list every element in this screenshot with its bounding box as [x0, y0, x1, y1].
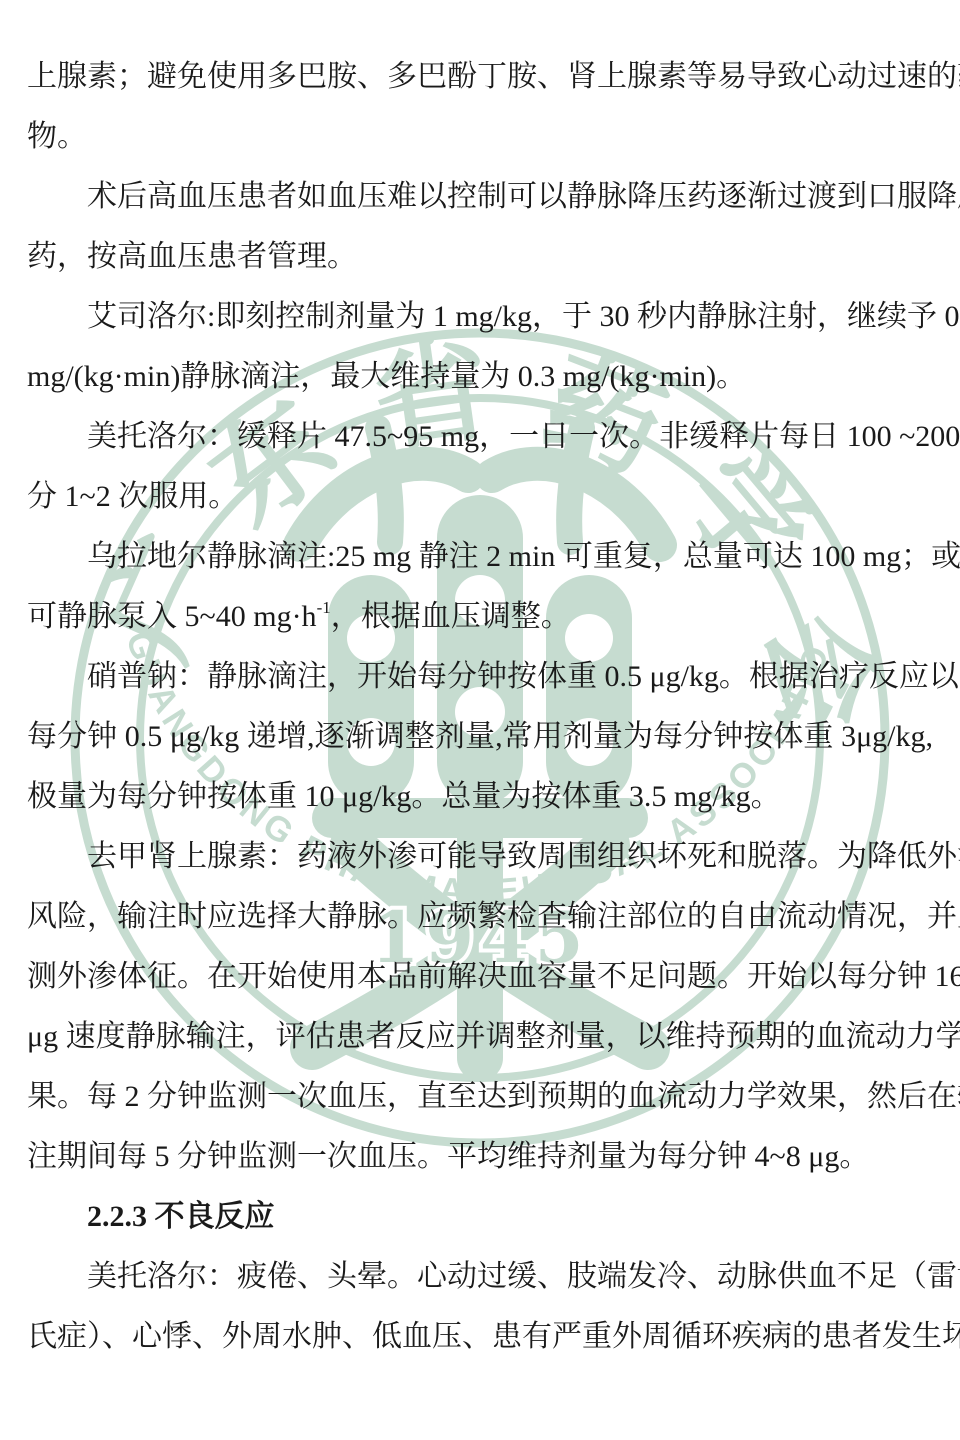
text-line-6: mg/(kg·min)静脉滴注，最大维持量为 0.3 mg/(kg·min)。 [27, 347, 933, 407]
text-line-7: 美托洛尔：缓释片 47.5~95 mg，一日一次。非缓释片每日 100 ~200… [27, 407, 933, 467]
document-page: 广 东 省 药 学 会 [0, 0, 960, 1440]
text-line-14: 去甲肾上腺素：药液外渗可能导致周围组织坏死和脱落。为降低外渗 [27, 827, 933, 887]
text-line-2: 物。 [27, 107, 933, 167]
text-line-9: 乌拉地尔静脉滴注:25 mg 静注 2 min 可重复，总量可达 100 mg；… [27, 527, 933, 587]
text-line-12: 每分钟 0.5 μg/kg 递增,逐渐调整剂量,常用剂量为每分钟按体重 3μg/… [27, 707, 933, 767]
text-line-3: 术后高血压患者如血压难以控制可以静脉降压药逐渐过渡到口服降压 [27, 167, 933, 227]
text-line-16: 测外渗体征。在开始使用本品前解决血容量不足问题。开始以每分钟 16~24 [27, 947, 933, 1007]
document-text-block: 上腺素；避免使用多巴胺、多巴酚丁胺、肾上腺素等易导致心动过速的药 物。 术后高血… [27, 47, 933, 1367]
text-line-18: 果。每 2 分钟监测一次血压，直至达到预期的血流动力学效果，然后在输 [27, 1067, 933, 1127]
text-line-11: 硝普钠：静脉滴注，开始每分钟按体重 0.5 μg/kg。根据治疗反应以 [27, 647, 933, 707]
text-line-17: μg 速度静脉输注，评估患者反应并调整剂量，以维持预期的血流动力学效 [27, 1007, 933, 1067]
line-10-post: ，根据血压调整。 [331, 600, 571, 633]
superscript: -1 [317, 598, 331, 617]
text-line-8: 分 1~2 次服用。 [27, 467, 933, 527]
text-line-22: 氏症）、心悸、外周水肿、低血压、患有严重外周循环疾病的患者发生坏疽。 [27, 1307, 933, 1367]
section-heading: 2.2.3 不良反应 [27, 1187, 933, 1247]
text-line-19: 注期间每 5 分钟监测一次血压。平均维持剂量为每分钟 4~8 μg。 [27, 1127, 933, 1187]
text-line-5: 艾司洛尔:即刻控制剂量为 1 mg/kg，于 30 秒内静脉注射，继续予 0.1… [27, 287, 933, 347]
text-line-21: 美托洛尔：疲倦、头晕。心动过缓、肢端发冷、动脉供血不足（雷诺 [27, 1247, 933, 1307]
line-10-pre: 可静脉泵入 5~40 mg·h [27, 600, 317, 633]
text-line-1: 上腺素；避免使用多巴胺、多巴酚丁胺、肾上腺素等易导致心动过速的药 [27, 47, 933, 107]
text-line-13: 极量为每分钟按体重 10 μg/kg。总量为按体重 3.5 mg/kg。 [27, 767, 933, 827]
text-line-15: 风险，输注时应选择大静脉。应频繁检查输注部位的自由流动情况，并监 [27, 887, 933, 947]
text-line-4: 药，按高血压患者管理。 [27, 227, 933, 287]
text-line-10: 可静脉泵入 5~40 mg·h-1，根据血压调整。 [27, 587, 933, 647]
